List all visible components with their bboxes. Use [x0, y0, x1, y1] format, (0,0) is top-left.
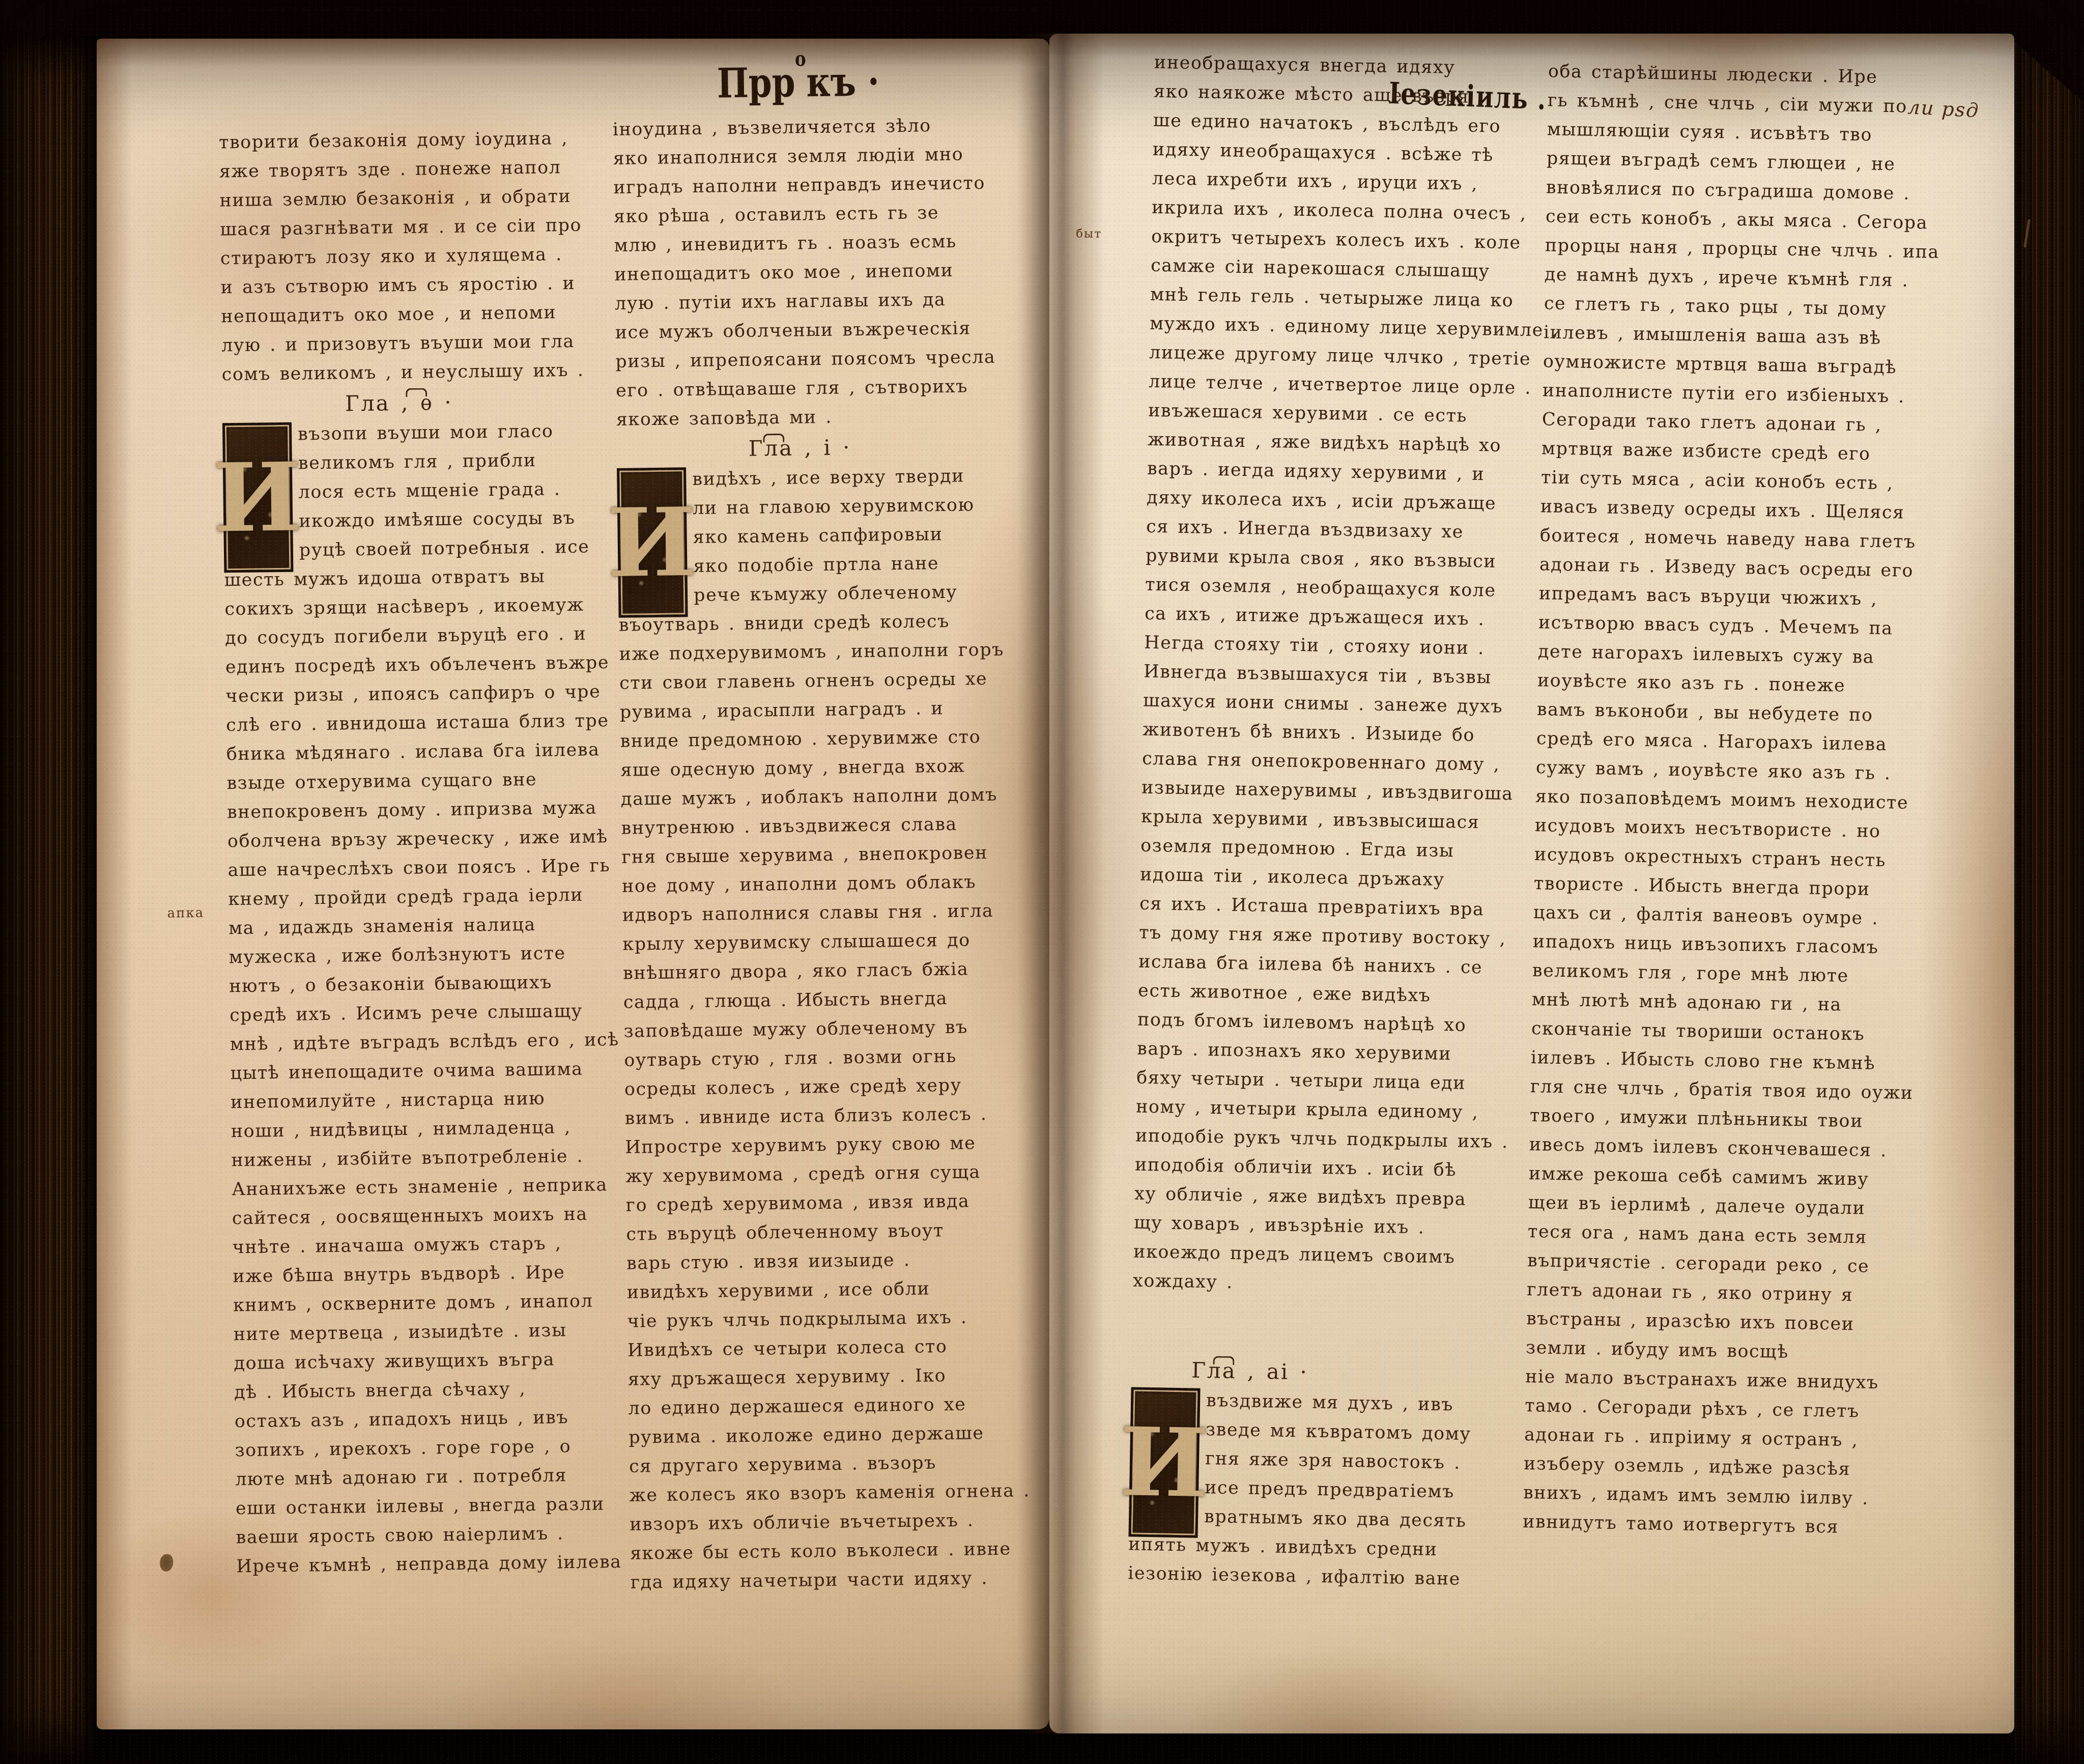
- text-line: видѣхъ , исе верху тверди: [692, 462, 984, 494]
- text-line: яху дръжащеся херувиму . Іко: [628, 1361, 995, 1395]
- text-line: ло едино держашеся единого хе: [628, 1390, 995, 1424]
- text-line: оутварь стую , гля . возми огнь: [624, 1042, 991, 1075]
- text-line: ните мертвеца , изыидѣте . изы: [233, 1316, 587, 1349]
- running-title-left-superscript: о: [795, 47, 806, 71]
- titlo-mark: [763, 434, 784, 443]
- text-line: възопи въуши мои гласо: [298, 417, 577, 449]
- text-line: непощадитъ око мое , и непоми: [221, 298, 575, 331]
- text-line: единъ посредѣ ихъ обълеченъ въжре: [225, 649, 579, 682]
- text-line: яко подобіе пртла нане: [693, 549, 985, 581]
- left-page-content: Пррокъ · апка творити безаконія дому іоу…: [87, 33, 1060, 1735]
- text-line: гда идяху начетыри части идяху .: [630, 1564, 997, 1598]
- text-line: ивидѣхъ херувими , исе обли: [626, 1274, 993, 1307]
- right-page-content: Іезекіиль . ли рѕд быт инеобращахуся вне…: [1035, 25, 2029, 1742]
- right-page: Іезекіиль . ли рѕд быт инеобращахуся вне…: [1049, 34, 2014, 1733]
- text-line: его . отвѣщаваше гля , сътворихъ: [616, 372, 983, 406]
- text-line: іезонію іезекова , ифалтію ване: [1128, 1559, 1487, 1594]
- chapter-heading-10: Гла , і ·: [616, 430, 983, 466]
- text-line: доша исѣчаху живущихъ въгра: [234, 1345, 588, 1378]
- text-line: руцѣ своей потребныя . исе: [299, 533, 578, 565]
- text-line: ризы , ипрепоясани поясомъ чресла: [615, 343, 982, 377]
- text-line: творити безаконія дому іоудина ,: [219, 124, 573, 157]
- text-line: мужеска , иже болѣзнуютъ исте: [229, 939, 583, 972]
- text-line: аше начреслѣхъ свои поясъ . Ире гь: [227, 852, 582, 885]
- text-line: бника мѣдянаго . ислава бга іилева: [226, 736, 580, 769]
- text-line: взыде отхерувима сущаго вне: [226, 765, 581, 798]
- text-line: сокихъ зрящи насѣверъ , икоемуж: [224, 591, 579, 624]
- text-line: садда , глюща . Ибысть внегда: [623, 984, 990, 1017]
- text-line: сть въруцѣ облеченному въоут: [626, 1216, 993, 1249]
- text-line: осреды колесъ , иже средѣ херу: [624, 1071, 991, 1104]
- text-line: кнему , пройди средѣ града іерли: [228, 881, 582, 914]
- text-line: нютъ , о безаконіи бывающихъ: [229, 968, 583, 1001]
- right-col1-initial-block: И въздвиже мя духъ , ивъзведе мя къврато…: [1129, 1385, 1490, 1536]
- right-col1-text-beside-initial: въздвиже мя духъ , ивъзведе мя къвратомъ…: [1204, 1386, 1490, 1537]
- drop-initial-letter: И: [607, 487, 698, 599]
- right-col1-text-bottom: ипять мужъ . ивидѣхъ средниіезонію іезек…: [1128, 1530, 1488, 1594]
- text-line: яше одесную дому , внегда вхож: [620, 752, 987, 785]
- text-line: го средѣ херувимома , ивзя ивда: [625, 1187, 992, 1220]
- text-line: сти свои главень огненъ осреды хе: [619, 665, 986, 698]
- text-line: шася разгнѣвати мя . и се сіи про: [220, 211, 574, 244]
- drop-initial-chapter-11: И: [1128, 1387, 1200, 1538]
- chapter-heading-9: Гла , ѳ ·: [222, 385, 576, 421]
- text-line: остахъ азъ , ипадохъ ниць , ивъ: [235, 1403, 589, 1436]
- text-line: гня свыше херувима , внепокровен: [621, 839, 988, 872]
- text-line: Ананихъже есть знаменіе , неприка: [232, 1171, 586, 1204]
- text-line: гня яже зря навостокъ .: [1205, 1444, 1489, 1478]
- text-line: рече къмужу облеченому: [694, 578, 985, 610]
- margin-note-genesis: быт: [1076, 227, 1096, 241]
- text-line: исе мужъ оболченыи въжреческія: [615, 314, 982, 348]
- text-line: вимъ . ивниде иста близъ колесъ .: [624, 1100, 991, 1133]
- text-line: млю , иневидитъ гь . ноазъ есмь: [614, 227, 981, 261]
- text-line: зведе мя къвратомъ дому: [1206, 1415, 1490, 1449]
- text-line: крылу херувимску слышашеся до: [622, 926, 989, 959]
- book-photo-scene: Пррокъ · апка творити безаконія дому іоу…: [0, 0, 2084, 1764]
- left-column-2: іноудина , възвеличяется зѣлояко инаполн…: [613, 111, 997, 1598]
- text-line: вниде предомною . херувимже сто: [620, 723, 987, 756]
- left-col2-text-bottom: въоутварь . вниди средѣ колесъиже подхер…: [618, 607, 997, 1598]
- text-line: рувима . иколоже едино держаше: [629, 1419, 995, 1453]
- text-line: средѣ ихъ . Исимъ рече слышащу: [230, 997, 584, 1030]
- titlo-mark: [406, 388, 427, 397]
- drop-initial-letter: И: [212, 441, 303, 553]
- right-column-2: оба старѣйшины людески . Ирегь къмнѣ , с…: [1523, 57, 1915, 1543]
- left-col2-text-beside-initial: видѣхъ , исе верху твердили на главою хе…: [692, 462, 985, 610]
- text-line: внутренюю . ивъздвижеся слава: [621, 810, 988, 843]
- drop-initial-chapter-10: И: [617, 467, 688, 618]
- folio-number: ли рѕд: [1907, 96, 1980, 122]
- text-line: нижены , избійте въпотребленіе .: [231, 1142, 585, 1175]
- text-line: жу херувимома , средѣ огня суща: [625, 1158, 992, 1191]
- text-line: ивнидутъ тамо иотвергутъ вся: [1523, 1507, 1890, 1543]
- text-line: идворъ наполнися славы гня . игла: [622, 897, 989, 930]
- chapter-heading-9-label: Гла , ѳ ·: [345, 390, 453, 416]
- text-line: ли на главою херувимскою: [693, 491, 984, 523]
- left-col1-text-bottom: шесть мужъ идоша отвратъ высокихъ зрящи …: [224, 562, 590, 1581]
- book-fore-edge-left: [0, 36, 100, 1764]
- text-line: мнѣ , идѣте въградъ вслѣдъ его , исѣ: [230, 1026, 584, 1059]
- text-line: ниша землю безаконія , и обрати: [219, 182, 574, 215]
- right-col2-text: оба старѣйшины людески . Ирегь къмнѣ , с…: [1523, 57, 1915, 1543]
- text-line: вратнымъ яко два десять: [1204, 1502, 1488, 1537]
- drop-initial-letter: И: [1119, 1406, 1210, 1519]
- text-line: оболчена връзу жреческу , иже имѣ: [227, 823, 582, 856]
- text-line: лую . и призовутъ въуши мои гла: [221, 327, 576, 360]
- text-line: еши останки іилевы , внегда разли: [236, 1490, 590, 1523]
- text-line: чіе рукъ члчь подкрылыма ихъ .: [627, 1303, 994, 1336]
- text-line: варь стую . ивзя иизыиде .: [626, 1245, 993, 1278]
- text-line: до сосудъ погибели въруцѣ его . и: [225, 620, 579, 653]
- text-line: сайтеся , оосвященныхъ моихъ на: [232, 1200, 586, 1233]
- margin-note-apocalypse: апка: [167, 905, 204, 921]
- text-line: стираютъ лозу яко и хулящема .: [220, 240, 575, 273]
- text-line: іноудина , възвеличяется зѣло: [613, 111, 980, 145]
- text-line: слѣ его . ивнидоша исташа близ тре: [226, 707, 580, 740]
- text-line: чнѣте . иначаша омужъ старъ ,: [232, 1229, 586, 1262]
- drop-initial-chapter-9: И: [222, 422, 294, 573]
- text-line: книмъ , оскверните домъ , инапол: [233, 1287, 587, 1320]
- text-line: Ивидѣхъ се четыри колеса сто: [627, 1332, 994, 1365]
- running-title-left: Пррокъ ·: [717, 46, 879, 107]
- left-col2-initial-block: И видѣхъ , исе верху твердили на главою …: [617, 462, 985, 611]
- right-column-1: инеобращахуся внегда идяхуяко наякоже мѣ…: [1128, 48, 1514, 1595]
- text-line: яже творятъ зде . понеже напол: [219, 153, 574, 186]
- text-line: яко рѣша , оставилъ есть гь зе: [614, 198, 981, 232]
- left-col1-text-beside-initial: възопи въуши мои гласовеликомъ гля , при…: [298, 417, 578, 565]
- text-line: ся другаго херувима . възоръ: [629, 1448, 996, 1482]
- text-line: люте мнѣ адонаю ги . потребля: [235, 1461, 589, 1494]
- text-line: дѣ . Ибысть внегда сѣчаху ,: [234, 1374, 588, 1407]
- text-line: иже подхерувимомъ , инаполни горъ: [619, 636, 986, 669]
- text-line: сомъ великомъ , и неуслышу ихъ .: [221, 356, 576, 389]
- text-line: ваеши ярость свою наіерлимъ .: [236, 1519, 590, 1552]
- left-column-1: творити безаконія дому іоудина ,яже твор…: [219, 124, 590, 1581]
- text-line: Ипростре херувимъ руку свою ме: [625, 1129, 992, 1162]
- text-line: инепощадитъ око мое , инепоми: [614, 256, 981, 290]
- text-line: же колесъ яко взоръ каменія огнена .: [629, 1477, 996, 1511]
- left-col1-initial-block: И възопи въуши мои гласовеликомъ гля , п…: [222, 417, 578, 566]
- text-line: якоже бы есть коло въколеси . ивне: [630, 1535, 997, 1569]
- text-line: зопихъ , ирекохъ . горе горе , о: [235, 1432, 589, 1465]
- text-line: чески ризы , ипоясъ сапфиръ о чре: [225, 678, 580, 711]
- text-line: иградъ наполни неправдъ инечисто: [613, 169, 980, 203]
- text-line: яко камень сапфировыи: [693, 520, 984, 552]
- running-title-left-base: Прр: [717, 59, 795, 107]
- text-line: внѣшняго двора , яко гласъ бжіа: [623, 955, 990, 988]
- text-line: иже бѣша внутрь въдворѣ . Ире: [233, 1258, 587, 1291]
- ink-spot: [160, 1554, 173, 1572]
- left-col2-text-top: іноудина , възвеличяется зѣлояко инаполн…: [613, 111, 983, 435]
- text-line: ное дому , инаполни домъ облакъ: [622, 868, 989, 901]
- text-line: икождо имѣяше сосуды въ: [299, 504, 578, 536]
- text-line: якоже заповѣда ми .: [616, 401, 983, 435]
- text-line: яко инаполнися земля людіи мно: [613, 140, 980, 174]
- text-line: лося есть мщеніе града .: [298, 475, 577, 507]
- text-line: инепомилуйте , нистарца нию: [231, 1084, 585, 1117]
- text-line: заповѣдаше мужу облеченому въ: [623, 1013, 990, 1046]
- text-line: ноши , нидѣвицы , нимладенца ,: [231, 1113, 585, 1146]
- text-line: въздвиже мя духъ , ивъ: [1206, 1386, 1490, 1420]
- text-line: рувима , ирасыпли наградъ . и: [620, 694, 987, 727]
- text-line: даше мужъ , иоблакъ наполни домъ: [621, 781, 988, 814]
- text-line: лую . путіи ихъ наглавы ихъ да: [615, 285, 982, 319]
- text-line: и азъ сътворю имъ съ яростію . и: [220, 269, 575, 302]
- left-page: Пррокъ · апка творити безаконія дому іоу…: [97, 39, 1049, 1729]
- chapter-heading-11-label: Гла , аі ·: [1191, 1357, 1309, 1384]
- text-line: великомъ гля , прибли: [298, 446, 577, 478]
- text-line: цытѣ инепощадите очима вашима: [230, 1055, 584, 1088]
- running-title-left-tail: къ ·: [806, 58, 880, 106]
- left-col1-text-top: творити безаконія дому іоудина ,яже твор…: [219, 124, 576, 389]
- titlo-mark: [1213, 1356, 1234, 1365]
- text-line: Ирече къмнѣ , неправда дому іилева: [236, 1548, 590, 1581]
- text-line: исе предъ предвратіемъ: [1205, 1473, 1489, 1507]
- text-line: ма , идаждь знаменія налица: [229, 910, 583, 943]
- right-col1-text-top: инеобращахуся внегда идяхуяко наякоже мѣ…: [1132, 48, 1514, 1360]
- text-line: ивзоръ ихъ обличіе въчетырехъ .: [630, 1506, 996, 1540]
- text-line: внепокровенъ дому . ипризва мужа: [227, 794, 581, 827]
